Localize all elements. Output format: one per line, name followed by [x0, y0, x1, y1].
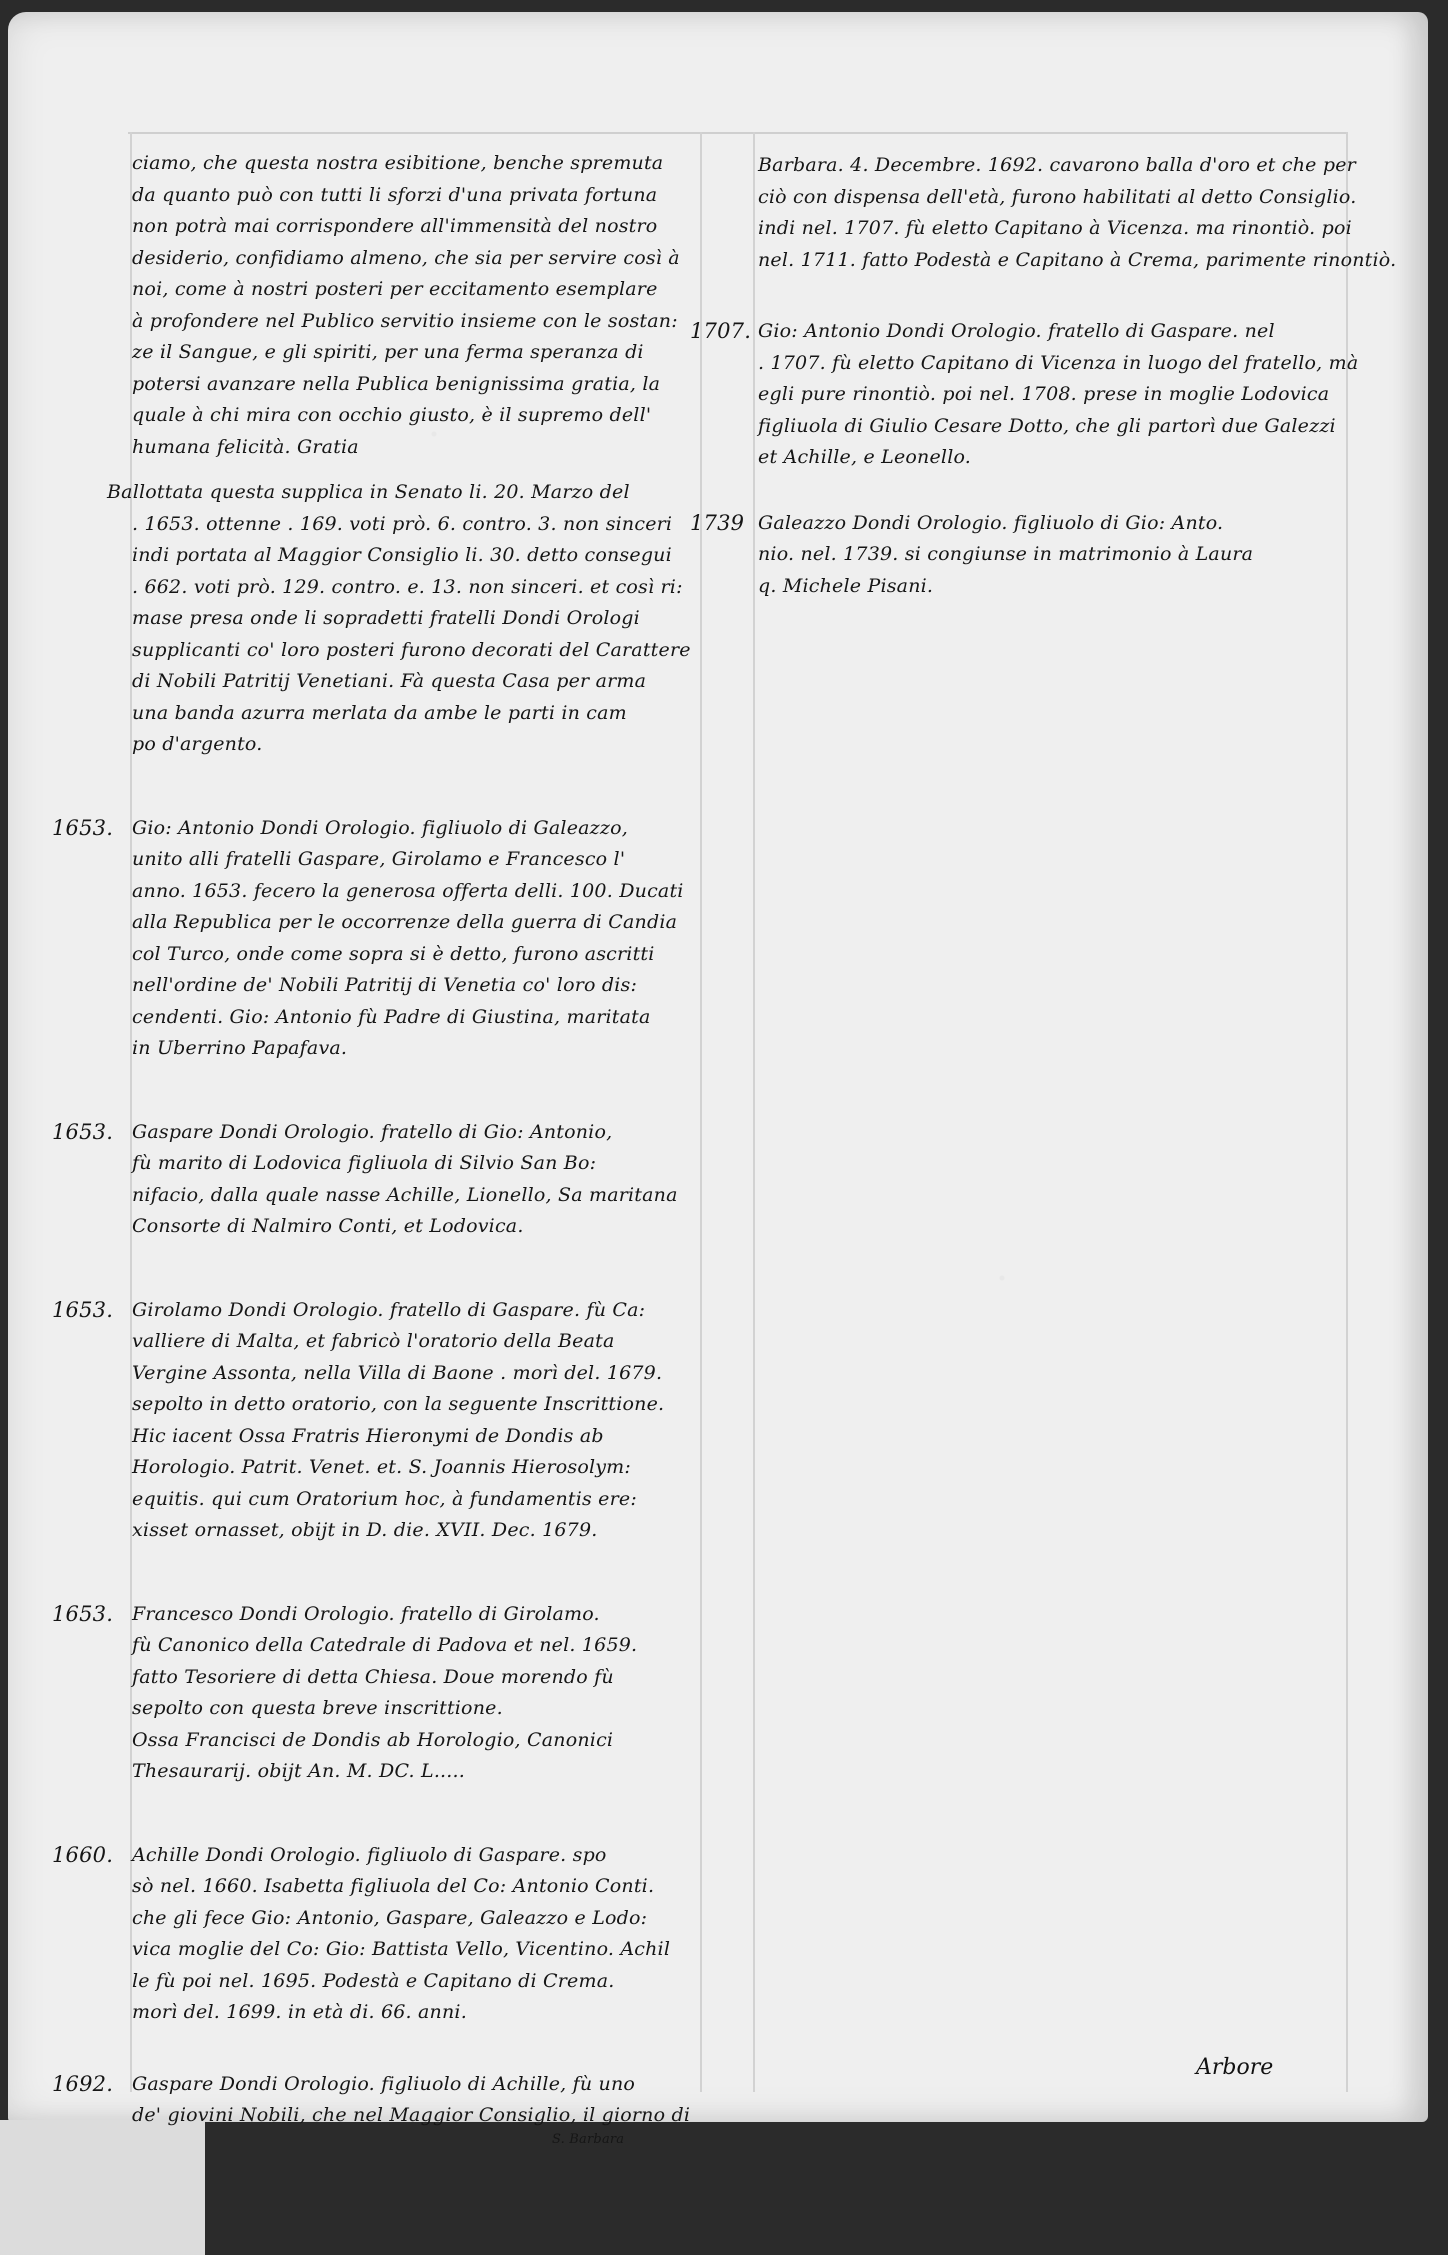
text-line: de' giovini Nobili, che nel Maggior Cons… — [132, 2100, 702, 2132]
text-line: indi portata al Maggior Consiglio li. 30… — [132, 540, 702, 572]
text-line: di Nobili Patritij Venetiani. Fà questa … — [132, 666, 702, 698]
text-line: Gaspare Dondi Orologio. figliuolo di Ach… — [132, 2069, 702, 2101]
entry-achille-1660: 1660. Achille Dondi Orologio. figliuolo … — [52, 1840, 702, 2029]
text-line: ciò con dispensa dell'età, furono habili… — [758, 182, 1350, 214]
text-line: Francesco Dondi Orologio. fratello di Gi… — [132, 1599, 702, 1631]
inscription-line: Hic iacent Ossa Fratris Hieronymi de Don… — [132, 1421, 702, 1453]
text-line: le fù poi nel. 1695. Podestà e Capitano … — [132, 1966, 702, 1998]
text-line: anno. 1653. fecero la generosa offerta d… — [132, 876, 702, 908]
entry-galeazzo-1739: 1739 Galeazzo Dondi Orologio. figliuolo … — [690, 508, 1350, 603]
entry-girolamo-1653: 1653. Girolamo Dondi Orologio. fratello … — [52, 1295, 702, 1547]
entry-year: 1707. — [690, 316, 756, 348]
inscription-line: Horologio. Patrit. Venet. et. S. Joannis… — [132, 1452, 702, 1484]
top-ruled-line — [128, 132, 1348, 134]
text-line: Gaspare Dondi Orologio. fratello di Gio:… — [132, 1117, 702, 1149]
entry-gio-antonio-1653: 1653. Gio: Antonio Dondi Orologio. figli… — [52, 813, 702, 1065]
text-line: in Uberrino Papafava. — [132, 1033, 702, 1065]
text-line: humana felicità. Gratia — [132, 432, 702, 464]
inscription-line: Thesaurarij. obijt An. M. DC. L..... — [132, 1756, 702, 1788]
text-line: nio. nel. 1739. si congiunse in matrimon… — [758, 539, 1350, 571]
ballottata-paragraph: Ballottata questa supplica in Senato li.… — [52, 477, 702, 761]
text-line: da quanto può con tutti li sforzi d'una … — [132, 180, 702, 212]
marginal-note: S. Barbara — [132, 2132, 702, 2148]
text-line: vica moglie del Co: Gio: Battista Vello,… — [132, 1934, 702, 1966]
text-line: Achille Dondi Orologio. figliuolo di Gas… — [132, 1840, 702, 1872]
text-line: col Turco, onde come sopra si è detto, f… — [132, 939, 702, 971]
text-line: Gio: Antonio Dondi Orologio. fratello di… — [758, 316, 1350, 348]
inscription-line: equitis. qui cum Oratorium hoc, à fundam… — [132, 1484, 702, 1516]
text-line: desiderio, confidiamo almeno, che sia pe… — [132, 243, 702, 275]
text-line: ze il Sangue, e gli spiriti, per una fer… — [132, 337, 702, 369]
text-line: indi nel. 1707. fù eletto Capitano à Vic… — [758, 213, 1350, 245]
entry-gaspare-1692: 1692. Gaspare Dondi Orologio. figliuolo … — [52, 2069, 702, 2148]
text-line: potersi avanzare nella Publica benigniss… — [132, 369, 702, 401]
inscription-line: Ossa Francisci de Dondis ab Horologio, C… — [132, 1725, 702, 1757]
text-line: sepolto in detto oratorio, con la seguen… — [132, 1389, 702, 1421]
text-line: Vergine Assonta, nella Villa di Baone . … — [132, 1358, 702, 1390]
text-line: Consorte di Nalmiro Conti, et Lodovica. — [132, 1211, 702, 1243]
entry-francesco-1653: 1653. Francesco Dondi Orologio. fratello… — [52, 1599, 702, 1788]
text-line: supplicanti co' loro posteri furono deco… — [132, 635, 702, 667]
text-line: fù Canonico della Catedrale di Padova et… — [132, 1630, 702, 1662]
text-line: noi, come à nostri posteri per eccitamen… — [132, 274, 702, 306]
right-continuation: Barbara. 4. Decembre. 1692. cavarono bal… — [690, 150, 1350, 276]
text-line: nell'ordine de' Nobili Patritij di Venet… — [132, 970, 702, 1002]
text-line: et Achille, e Leonello. — [758, 442, 1350, 474]
entry-year: 1653. — [52, 1117, 130, 1149]
text-line: ciamo, che questa nostra esibitione, ben… — [132, 148, 702, 180]
text-line: valliere di Malta, et fabricò l'oratorio… — [132, 1326, 702, 1358]
text-line: Ballottata questa supplica in Senato li.… — [107, 477, 702, 509]
left-column: ciamo, che questa nostra esibitione, ben… — [52, 148, 702, 2148]
text-line: . 1707. fù eletto Capitano di Vicenza in… — [758, 348, 1350, 380]
entry-year: 1692. — [52, 2069, 130, 2101]
text-line: Barbara. 4. Decembre. 1692. cavarono bal… — [758, 150, 1350, 182]
text-line: fù marito di Lodovica figliuola di Silvi… — [132, 1148, 702, 1180]
text-line: morì del. 1699. in età di. 66. anni. — [132, 1997, 702, 2029]
text-line: fatto Tesoriere di detta Chiesa. Doue mo… — [132, 1662, 702, 1694]
catchword: Arbore — [1196, 2055, 1273, 2080]
inscription-line: xisset ornasset, obijt in D. die. XVII. … — [132, 1515, 702, 1547]
entry-year: 1653. — [52, 1599, 130, 1631]
text-line: à profondere nel Publico servitio insiem… — [132, 306, 702, 338]
text-line: po d'argento. — [132, 729, 702, 761]
entry-gio-antonio-1707: 1707. Gio: Antonio Dondi Orologio. frate… — [690, 316, 1350, 474]
text-line: non potrà mai corrispondere all'immensit… — [132, 211, 702, 243]
text-line: cendenti. Gio: Antonio fù Padre di Giust… — [132, 1002, 702, 1034]
text-line: Gio: Antonio Dondi Orologio. figliuolo d… — [132, 813, 702, 845]
right-column: Barbara. 4. Decembre. 1692. cavarono bal… — [690, 150, 1350, 602]
entry-gaspare-1653: 1653. Gaspare Dondi Orologio. fratello d… — [52, 1117, 702, 1243]
text-line: che gli fece Gio: Antonio, Gaspare, Gale… — [132, 1903, 702, 1935]
entry-year: 1653. — [52, 1295, 130, 1327]
text-line: quale à chi mira con occhio giusto, è il… — [132, 400, 702, 432]
entry-year: 1739 — [690, 508, 756, 540]
text-line: mase presa onde li sopradetti fratelli D… — [132, 603, 702, 635]
text-line: . 1653. ottenne . 169. voti prò. 6. cont… — [132, 509, 702, 541]
entry-year: 1660. — [52, 1840, 130, 1872]
text-line: figliuola di Giulio Cesare Dotto, che gl… — [758, 411, 1350, 443]
text-line: nifacio, dalla quale nasse Achille, Lion… — [132, 1180, 702, 1212]
text-line: Girolamo Dondi Orologio. fratello di Gas… — [132, 1295, 702, 1327]
entry-year: 1653. — [52, 813, 130, 845]
text-line: Galeazzo Dondi Orologio. figliuolo di Gi… — [758, 508, 1350, 540]
text-line: unito alli fratelli Gaspare, Girolamo e … — [132, 844, 702, 876]
text-line: . 662. voti prò. 129. contro. e. 13. non… — [132, 572, 702, 604]
text-line: una banda azurra merlata da ambe le part… — [132, 698, 702, 730]
text-line: q. Michele Pisani. — [758, 571, 1350, 603]
text-line: sò nel. 1660. Isabetta figliuola del Co:… — [132, 1871, 702, 1903]
text-line: sepolto con questa breve inscrittione. — [132, 1693, 702, 1725]
text-line: egli pure rinontiò. poi nel. 1708. prese… — [758, 379, 1350, 411]
text-line: alla Republica per le occorrenze della g… — [132, 907, 702, 939]
text-line: nel. 1711. fatto Podestà e Capitano à Cr… — [758, 245, 1350, 277]
supplica-continuation: ciamo, che questa nostra esibitione, ben… — [52, 148, 702, 463]
